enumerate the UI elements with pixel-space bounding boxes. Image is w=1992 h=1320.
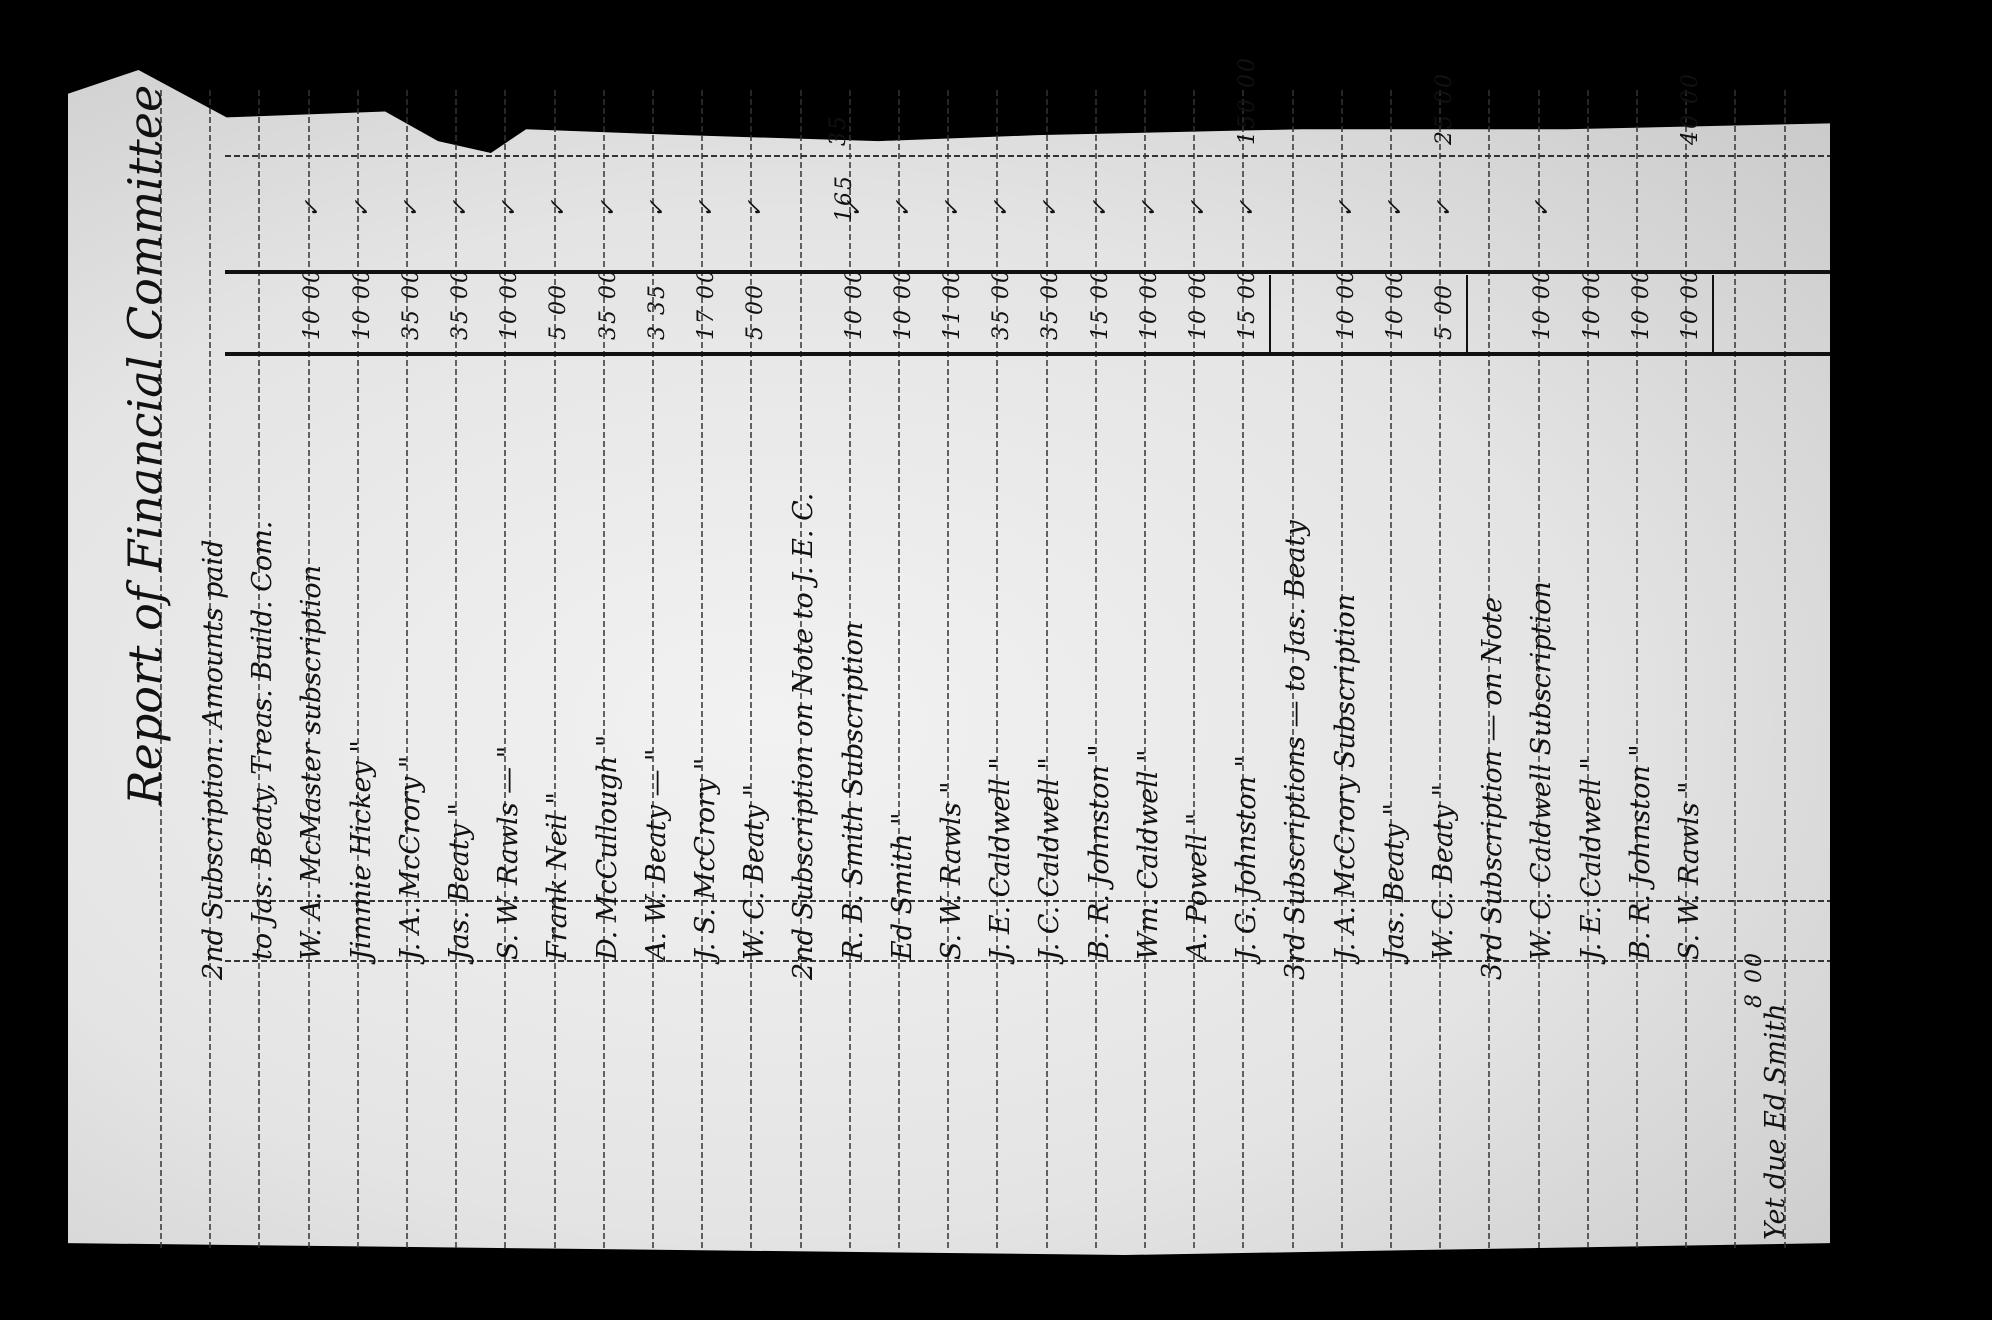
column-divider — [225, 155, 1830, 157]
rule-line — [898, 90, 900, 1250]
footer-amount: 8 00 — [1742, 951, 1767, 1008]
ledger-content: Report of Financial Committee 165 35 2nd… — [0, 0, 1992, 1320]
check-mark: ✓ — [891, 200, 916, 218]
entry-amount: 11 00 — [940, 267, 965, 340]
section-heading: 2nd Subscription. Amounts paid — [198, 540, 229, 980]
check-mark: ✓ — [1186, 200, 1211, 218]
entry-amount: 35 00 — [596, 267, 621, 340]
entry-amount: 5 00 — [743, 283, 768, 340]
entry-name: W. C. Caldwell Subscription — [1526, 581, 1557, 960]
entry-amount: 15 00 — [1235, 267, 1260, 340]
rule-line — [1144, 90, 1146, 1250]
entry-name: Wm. Caldwell " — [1133, 749, 1164, 960]
check-mark: ✓ — [1334, 200, 1359, 218]
section-heading: 3rd Subscription — on Note — [1477, 597, 1508, 980]
entry-name: S. W. Rawls " — [936, 781, 967, 960]
rule-line — [947, 90, 949, 1250]
entry-name: J. C. Caldwell " — [1034, 757, 1065, 960]
sum-rule — [1466, 275, 1468, 353]
check-mark: ✓ — [1038, 200, 1063, 218]
check-mark: ✓ — [1383, 200, 1408, 218]
entry-name: Jas. Beaty " — [1379, 803, 1410, 960]
entry-amount: 10 00 — [300, 267, 325, 340]
check-mark: ✓ — [300, 200, 325, 218]
sum-rule — [1269, 275, 1271, 353]
check-mark: ✓ — [448, 200, 473, 218]
rule-line — [701, 90, 703, 1250]
entry-amount: 15 00 — [1088, 267, 1113, 340]
column-divider — [225, 352, 1830, 356]
rule-line — [554, 90, 556, 1250]
check-mark: ✓ — [546, 200, 571, 218]
entry-name: W. A. McMaster subscription — [296, 565, 327, 960]
entry-name: R. B. Smith Subscription — [838, 622, 869, 960]
entry-amount: 35 00 — [989, 267, 1014, 340]
rule-line — [1636, 90, 1638, 1250]
check-mark: ✓ — [989, 200, 1014, 218]
rule-line — [652, 90, 654, 1250]
entry-amount: 35 00 — [1038, 267, 1063, 340]
entry-name: D. McCullough " — [592, 735, 623, 960]
rule-line — [1046, 90, 1048, 1250]
entry-amount: 10 00 — [1629, 267, 1654, 340]
entry-amount: 3 35 — [645, 283, 670, 340]
entry-name: J. A. McCrory Subscription — [1330, 594, 1361, 960]
rule-line — [1734, 90, 1736, 1250]
entry-amount: 10 00 — [1186, 267, 1211, 340]
check-mark: ✓ — [842, 200, 867, 218]
entry-name: J. E. Caldwell " — [1576, 757, 1607, 960]
rule-line — [1685, 90, 1687, 1250]
entry-name: B. R. Johnston " — [1625, 744, 1656, 960]
check-mark: ✓ — [1235, 200, 1260, 218]
entry-name: A. W. Beaty — " — [641, 749, 672, 960]
sum-rule — [1712, 275, 1714, 353]
section-total: 40 00 — [1678, 72, 1703, 145]
entry-name: S. W. Rawls — " — [493, 746, 524, 960]
entry-amount: 10 00 — [1137, 267, 1162, 340]
rule-line — [1390, 90, 1392, 1250]
entry-amount: 10 00 — [1678, 267, 1703, 340]
entry-name: J. G. Johnston " — [1231, 755, 1262, 960]
check-mark: ✓ — [399, 200, 424, 218]
entry-amount: 35 00 — [448, 267, 473, 340]
section-heading: 2nd Subscription on Note to J. E. C. — [788, 493, 819, 980]
rule-line — [357, 90, 359, 1250]
rule-line — [406, 90, 408, 1250]
entry-amount: 10 00 — [1530, 267, 1555, 340]
check-mark: ✓ — [497, 200, 522, 218]
section-total: 25 00 — [1432, 72, 1457, 145]
rule-line — [750, 90, 752, 1250]
entry-name: J. E. Caldwell " — [985, 757, 1016, 960]
rule-line — [1095, 90, 1097, 1250]
rule-line — [1242, 90, 1244, 1250]
footer-label: Yet due Ed Smith — [1760, 1003, 1791, 1240]
entry-name: W. C. Beaty " — [739, 784, 770, 960]
check-mark: ✓ — [1137, 200, 1162, 218]
rule-line — [455, 90, 457, 1250]
page-title: Report of Financial Committee — [118, 85, 172, 805]
check-mark: ✓ — [645, 200, 670, 218]
entry-name: Frank Neil " — [542, 792, 573, 960]
column-divider — [225, 960, 1830, 962]
rule-line — [1439, 90, 1441, 1250]
entry-name: J. A. McCrory " — [395, 756, 426, 960]
entry-amount: 10 00 — [1383, 267, 1408, 340]
check-mark: ✓ — [743, 200, 768, 218]
entry-amount: 10 00 — [497, 267, 522, 340]
rule-line — [1193, 90, 1195, 1250]
check-mark: ✓ — [1530, 200, 1555, 218]
entry-amount: 10 00 — [350, 267, 375, 340]
rule-line — [1587, 90, 1589, 1250]
entry-name: Ed Smith " — [887, 812, 918, 960]
rule-line — [996, 90, 998, 1250]
entry-amount: 5 00 — [1432, 283, 1457, 340]
entry-amount: 10 00 — [891, 267, 916, 340]
entry-name: to Jas. Beaty, Treas. Build. Com. — [247, 521, 278, 960]
check-mark: ✓ — [940, 200, 965, 218]
section-total: 150 00 — [1235, 56, 1260, 145]
entry-amount: 10 00 — [1580, 267, 1605, 340]
entry-name: Jas. Beaty " — [444, 803, 475, 960]
section-heading: 3rd Subscriptions — to Jas. Beaty — [1280, 520, 1311, 980]
check-mark: ✓ — [694, 200, 719, 218]
entry-name: A. Powell " — [1182, 813, 1213, 960]
entry-amount: 10 00 — [1334, 267, 1359, 340]
check-mark: ✓ — [350, 200, 375, 218]
entry-name: B. R. Johnston " — [1084, 744, 1115, 960]
entry-name: S. W. Rawls " — [1674, 781, 1705, 960]
rule-line — [603, 90, 605, 1250]
entry-amount: 5 00 — [546, 283, 571, 340]
entry-amount: 17 00 — [694, 267, 719, 340]
check-mark: ✓ — [1088, 200, 1113, 218]
check-mark: ✓ — [1432, 200, 1457, 218]
rule-line — [504, 90, 506, 1250]
entry-name: Jimmie Hickey " — [346, 740, 377, 960]
entry-name: J. S. McCrory " — [690, 758, 721, 960]
top-total-right: 35 — [826, 114, 851, 146]
entry-amount: 35 00 — [399, 267, 424, 340]
entry-amount: 10 00 — [842, 267, 867, 340]
check-mark: ✓ — [596, 200, 621, 218]
entry-name: W. C. Beaty " — [1428, 784, 1459, 960]
